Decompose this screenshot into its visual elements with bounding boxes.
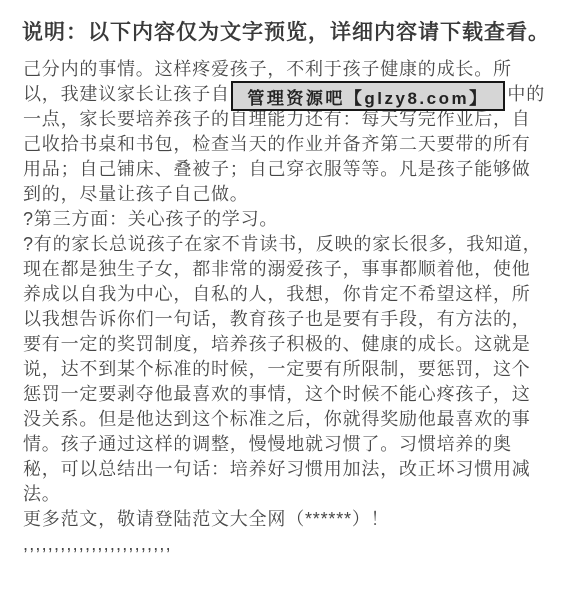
line-text: 用品；自己铺床、叠被子；自己穿衣服等等。凡是孩子能够做 (23, 157, 531, 182)
line-text: 情。孩子通过这样的调整，慢慢地就习惯了。习惯培养的奥 (23, 432, 512, 457)
text-line: ?第三方面：关心孩子的学习。 (23, 207, 545, 232)
text-line: 惩罚一定要剥夺他最喜欢的事情，这个时候不能心疼孩子，这 (23, 382, 545, 407)
preview-page: 说明：以下内容仅为文字预览，详细内容请下载查看。 己分内的事情。这样疼爱孩子，不… (0, 0, 578, 600)
text-line: ,,,,,,,,,,,,,,,,,,,,,,,, (23, 532, 545, 557)
text-line: 说，达不到某个标准的时候，一定要有所限制，要惩罚，这个 (23, 357, 545, 382)
text-line: ?有的家长总说孩子在家不肯读书，反映的家长很多，我知道， (23, 232, 545, 257)
line-text: 养成以自我为中心，自私的人，我想，你肯定不希望这样，所 (23, 282, 531, 307)
line-text: 没关系。但是他达到这个标准之后，你就得奖励他最喜欢的事 (23, 407, 531, 432)
text-line: 用品；自己铺床、叠被子；自己穿衣服等等。凡是孩子能够做 (23, 157, 545, 182)
line-text: 到的，尽量让孩子自己做。 (23, 182, 249, 207)
line-text: 己收拾书桌和书包，检查当天的作业并备齐第二天要带的所有 (23, 132, 531, 157)
line-text: 要有一定的奖罚制度，培养孩子积极的、健康的成长。这就是 (23, 332, 531, 357)
text-line: 到的，尽量让孩子自己做。 (23, 182, 545, 207)
text-line: 现在都是独生子女，都非常的溺爱孩子，事事都顺着他，使他 (23, 257, 545, 282)
line-text: 秘，可以总结出一句话：培养好习惯用加法，改正坏习惯用减 (23, 457, 531, 482)
line-text: 己分内的事情。这样疼爱孩子，不利于孩子健康的成长。所 (23, 57, 512, 82)
line-text: 法。 (23, 482, 61, 507)
text-line: 情。孩子通过这样的调整，慢慢地就习惯了。习惯培养的奥 (23, 432, 545, 457)
line-right-text: 中的 (507, 82, 545, 107)
line-text: 以我想告诉你们一句话，教育孩子也是要有手段，有方法的， (23, 307, 531, 332)
text-line: 秘，可以总结出一句话：培养好习惯用加法，改正坏习惯用减 (23, 457, 545, 482)
text-line: 以我想告诉你们一句话，教育孩子也是要有手段，有方法的， (23, 307, 545, 332)
line-text: 更多范文，敬请登陆范文大全网（******）！ (23, 507, 389, 532)
line-text: 现在都是独生子女，都非常的溺爱孩子，事事都顺着他，使他 (23, 257, 531, 282)
text-line: 要有一定的奖罚制度，培养孩子积极的、健康的成长。这就是 (23, 332, 545, 357)
text-line: 没关系。但是他达到这个标准之后，你就得奖励他最喜欢的事 (23, 407, 545, 432)
watermark-box: 管理资源吧【glzy8.com】 (231, 81, 505, 111)
text-line: 法。 (23, 482, 545, 507)
text-preview-body: 己分内的事情。这样疼爱孩子，不利于孩子健康的成长。所 以，我建议家长让孩子自 中… (23, 57, 545, 557)
line-text: 以，我建议家长让孩子自 (23, 82, 230, 107)
line-text: ?有的家长总说孩子在家不肯读书，反映的家长很多，我知道， (23, 232, 541, 257)
line-text: 说，达不到某个标准的时候，一定要有所限制，要惩罚，这个 (23, 357, 531, 382)
watermark-label: 管理资源吧【glzy8.com】 (247, 84, 488, 109)
text-line: 更多范文，敬请登陆范文大全网（******）！ (23, 507, 545, 532)
text-line: 养成以自我为中心，自私的人，我想，你肯定不希望这样，所 (23, 282, 545, 307)
preview-notice: 说明：以下内容仅为文字预览，详细内容请下载查看。 (22, 16, 567, 46)
line-text: 惩罚一定要剥夺他最喜欢的事情，这个时候不能心疼孩子，这 (23, 382, 531, 407)
line-text: ?第三方面：关心孩子的学习。 (23, 207, 278, 232)
text-line: 己收拾书桌和书包，检查当天的作业并备齐第二天要带的所有 (23, 132, 545, 157)
text-line: 己分内的事情。这样疼爱孩子，不利于孩子健康的成长。所 (23, 57, 545, 82)
line-text: ,,,,,,,,,,,,,,,,,,,,,,,, (23, 532, 172, 557)
